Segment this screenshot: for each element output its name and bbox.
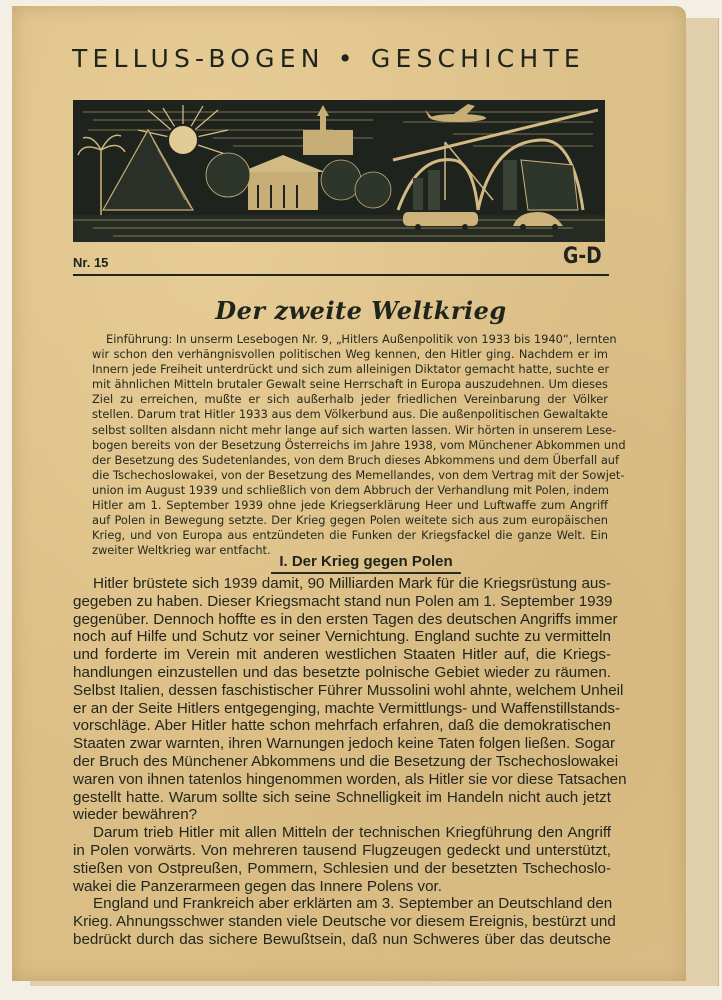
introduction-paragraph: Einführung: In unserm Lesebogen Nr. 9, „…: [92, 332, 608, 558]
woodcut-banner: [73, 100, 605, 242]
body-line: er an der Seite Hitlers entgegenging, ma…: [73, 700, 611, 718]
body-line: gestellt hatte. Warum sollte sich seine …: [73, 789, 611, 807]
body-line: in Polen vorwärts. Von mehreren tausend …: [73, 842, 611, 860]
ship-icon: [521, 160, 578, 210]
intro-line: union im August 1939 und schließlich von…: [92, 483, 608, 498]
intro-line: wir schon den verhängnisvollen politisch…: [92, 347, 608, 362]
section-heading-text: I. Der Krieg gegen Polen: [271, 553, 460, 574]
body-line: waren von ihnen tatenlos hingenommen wor…: [73, 771, 611, 789]
body-line: England und Frankreich aber erklärten am…: [73, 895, 611, 913]
paragraph-1: Hitler brüstete sich 1939 damit, 90 Mill…: [73, 575, 611, 824]
body-line: Darum trieb Hitler mit allen Mitteln der…: [73, 824, 611, 842]
intro-line: bogen bereits von der Besetzung Österrei…: [92, 438, 608, 453]
paragraph-3: England und Frankreich aber erklärten am…: [73, 895, 611, 948]
series-code: G-D: [563, 244, 602, 269]
intro-line: Krieg, und von Europa aus entzündeten di…: [92, 528, 608, 543]
body-line: stießen von Ostpreußen, Pommern, Schlesi…: [73, 860, 611, 878]
section-heading: I. Der Krieg gegen Polen: [0, 553, 722, 574]
banner-illustration: [73, 100, 605, 242]
body-line: Krieg. Ahnungsschwer standen viele Deuts…: [73, 913, 611, 931]
intro-line: Ziel zu erreichen, mußte er sich außerha…: [92, 392, 608, 407]
intro-line: der Besetzung des Sudetenlandes, von dem…: [92, 453, 608, 468]
body-line: Hitler brüstete sich 1939 damit, 90 Mill…: [73, 575, 611, 593]
body-line: bedrückt durch das sichere Bewußtsein, d…: [73, 931, 611, 949]
intro-line: Innern jede Freiheit unterdrückt und sic…: [92, 362, 608, 377]
body-line: Selbst Italien, dessen faschistischer Fü…: [73, 682, 611, 700]
body-line: der Bruch des Münchener Abkommens und di…: [73, 753, 611, 771]
section-body: Hitler brüstete sich 1939 damit, 90 Mill…: [73, 575, 611, 949]
intro-line: stellen. Darum trat Hitler 1933 aus dem …: [92, 407, 608, 422]
body-line: gegeben zu haben. Dieser Kriegsmacht sta…: [73, 593, 611, 611]
paragraph-2: Darum trieb Hitler mit allen Mitteln der…: [73, 824, 611, 895]
body-line: gegenüber. Dennoch hoffte es in den erst…: [73, 611, 611, 629]
body-line: noch auf Hilfe und Schutz vor seiner Ver…: [73, 628, 611, 646]
body-line: handlungen einzustellen und das besetzte…: [73, 664, 611, 682]
series-title: TELLUS-BOGEN • GESCHICHTE: [72, 44, 614, 73]
intro-line: Einführung: In unserm Lesebogen Nr. 9, „…: [92, 332, 608, 347]
intro-line: Hitler am 1. September 1939 ohne jede Kr…: [92, 498, 608, 513]
intro-line: die Tschechoslowakei, von der Besetzung …: [92, 468, 608, 483]
body-line: Staaten zwar warnten, ihren Warnungen je…: [73, 735, 611, 753]
body-line: wakei die Panzerarmeen gegen das Innere …: [73, 878, 611, 896]
body-line: wieder bewähren?: [73, 806, 611, 824]
header-rule: [73, 274, 609, 276]
document-title: Der zweite Weltkrieg: [0, 296, 722, 325]
intro-line: mit ähnlichen Mitteln brutaler Gewalt se…: [92, 377, 608, 392]
issue-number: Nr. 15: [73, 255, 108, 270]
body-line: und forderte im Verein mit anderen westl…: [73, 646, 611, 664]
intro-line: selbst sollten alsdann nicht mehr lange …: [92, 423, 608, 438]
body-line: vorschläge. Aber Hitler hatte schon mehr…: [73, 717, 611, 735]
intro-line: auf Polen in Bewegung setzte. Der Krieg …: [92, 513, 608, 528]
